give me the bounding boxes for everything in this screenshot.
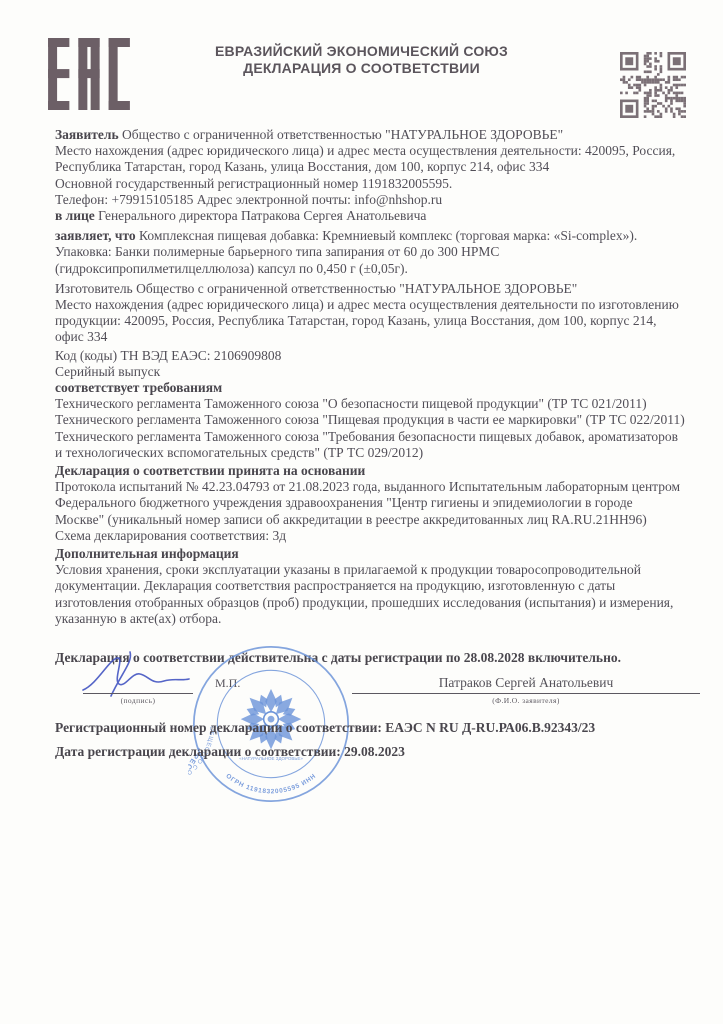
declaration-document: ЕВРАЗИЙСКИЙ ЭКОНОМИЧЕСКИЙ СОЮЗ ДЕКЛАРАЦИ… xyxy=(0,0,723,1024)
basis-protocol: Протокола испытаний № 42.23.04793 от 21.… xyxy=(55,479,685,528)
regulation-item: Технического регламента Таможенного союз… xyxy=(55,412,685,428)
applicant-ogrn: Основной государственный регистрационный… xyxy=(55,176,685,192)
product-line: заявляет, что Комплексная пищевая добавк… xyxy=(55,228,685,244)
document-body: Заявитель Общество с ограниченной ответс… xyxy=(55,127,685,627)
basis-heading: Декларация о соответствии принята на осн… xyxy=(55,463,685,479)
basis-scheme: Схема декларирования соответствия: 3д xyxy=(55,528,685,544)
manufacturer-address: Место нахождения (адрес юридического лиц… xyxy=(55,297,685,346)
applicant-name: Общество с ограниченной ответственностью… xyxy=(122,127,563,142)
regulation-item: Технического регламента Таможенного союз… xyxy=(55,396,685,412)
manufacturer-line: Изготовитель Общество с ограниченной отв… xyxy=(55,281,685,297)
additional-info-text: Условия хранения, сроки эксплуатации ука… xyxy=(55,562,685,627)
person-label: в лице xyxy=(55,208,95,223)
doc-title: ДЕКЛАРАЦИЯ О СООТВЕТСТВИИ xyxy=(0,60,723,77)
applicant-line: Заявитель Общество с ограниченной ответс… xyxy=(55,127,685,143)
declares-label: заявляет, что xyxy=(55,228,136,243)
product-packaging: Упаковка: Банки полимерные барьерного ти… xyxy=(55,244,685,276)
signature-caption: (подпись) xyxy=(83,696,193,705)
svg-text:ОГРН 1191832005595 ИНН: ОГРН 1191832005595 ИНН xyxy=(224,773,317,796)
registration-number-line: Регистрационный номер декларации о соотв… xyxy=(55,720,595,736)
fio-caption: (Ф.И.О. заявителя) xyxy=(352,696,700,705)
fio-line xyxy=(352,693,700,694)
applicant-person-line: в лице Генерального директора Патракова … xyxy=(55,208,685,224)
additional-info-heading: Дополнительная информация xyxy=(55,546,685,562)
applicant-label: Заявитель xyxy=(55,127,119,142)
applicant-address: Место нахождения (адрес юридического лиц… xyxy=(55,143,685,175)
applicant-contacts: Телефон: +79915105185 Адрес электронной … xyxy=(55,192,685,208)
document-header: ЕВРАЗИЙСКИЙ ЭКОНОМИЧЕСКИЙ СОЮЗ ДЕКЛАРАЦИ… xyxy=(0,43,723,77)
requirements-heading: соответствует требованиям xyxy=(55,380,685,396)
signature-line xyxy=(83,693,193,694)
stamp-ring-bottom-text: ОГРН 1191832005595 ИНН xyxy=(224,773,317,796)
tnved-code-line: Код (коды) ТН ВЭД ЕАЭС: 2106909808 xyxy=(55,348,685,364)
regulation-item: Технического регламента Таможенного союз… xyxy=(55,429,685,461)
registration-date-line: Дата регистрации декларации о соответств… xyxy=(55,744,405,760)
qr-code xyxy=(620,52,686,118)
product-name: Комплексная пищевая добавка: Кремниевый … xyxy=(139,228,637,243)
release-type-line: Серийный выпуск xyxy=(55,364,685,380)
union-title: ЕВРАЗИЙСКИЙ ЭКОНОМИЧЕСКИЙ СОЮЗ xyxy=(0,43,723,60)
applicant-fio: Патраков Сергей Анатольевич xyxy=(352,675,700,691)
signature-section: Декларация о соответствии действительна … xyxy=(55,650,710,830)
signature-scribble xyxy=(77,650,197,698)
person-name: Генерального директора Патракова Сергея … xyxy=(98,208,426,223)
